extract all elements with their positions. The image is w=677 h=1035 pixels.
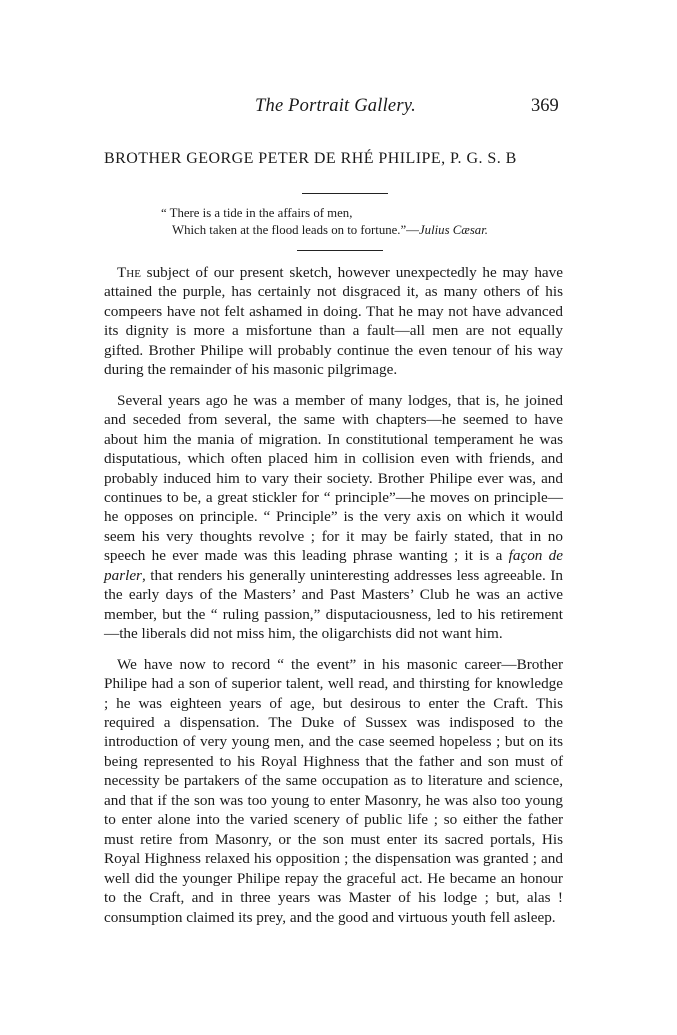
running-head: The Portrait Gallery. 369 <box>0 96 677 120</box>
separator-rule-bottom <box>297 250 383 251</box>
paragraph-2-text-a: Several years ago he was a member of man… <box>104 392 563 565</box>
paragraph-2-text-b: , that renders his generally uninteresti… <box>104 567 563 642</box>
paragraph-1-lead: The <box>117 264 141 281</box>
running-title: The Portrait Gallery. <box>255 96 416 117</box>
page-number: 369 <box>531 96 559 117</box>
paragraph-3: We have now to record “ the event” in hi… <box>104 655 563 927</box>
article-body: The subject of our present sketch, howev… <box>104 263 563 938</box>
article-title: BROTHER GEORGE PETER DE RHÉ PHILIPE, P. … <box>104 150 566 168</box>
paragraph-1-text: subject of our present sketch, however u… <box>104 264 563 378</box>
paragraph-3-text: We have now to record “ the event” in hi… <box>104 656 563 926</box>
separator-rule-top <box>302 193 388 194</box>
epigraph: “ There is a tide in the affairs of men,… <box>161 205 488 239</box>
epigraph-line-1: “ There is a tide in the affairs of men, <box>161 205 488 222</box>
paragraph-2: Several years ago he was a member of man… <box>104 391 563 644</box>
paragraph-1: The subject of our present sketch, howev… <box>104 263 563 380</box>
epigraph-attribution: Julius Cæsar. <box>419 223 488 237</box>
epigraph-line-2-text: Which taken at the flood leads on to for… <box>172 223 419 237</box>
epigraph-line-2: Which taken at the flood leads on to for… <box>161 222 488 239</box>
